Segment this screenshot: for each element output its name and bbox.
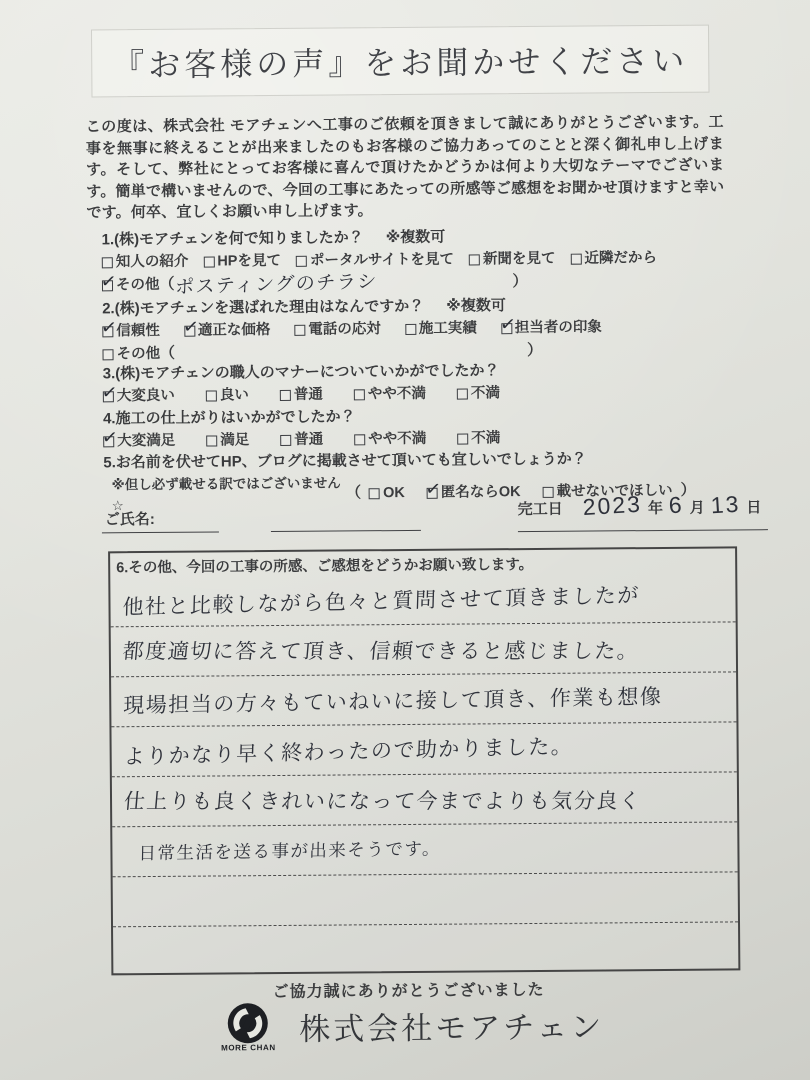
option-label: 適正な価格 (198, 319, 271, 342)
checkbox-option[interactable]: 施工実績 (405, 317, 477, 340)
checkbox[interactable] (203, 256, 214, 267)
checkbox[interactable] (427, 487, 438, 498)
option-label: 大変満足 (117, 430, 175, 452)
option-label: HPを見て (217, 250, 281, 272)
option-label: 新聞を見て (483, 248, 556, 271)
completion-date-label: 完工日 (518, 498, 563, 519)
checkbox[interactable] (294, 324, 305, 335)
checkbox[interactable] (369, 488, 380, 499)
checkbox[interactable] (354, 434, 365, 445)
company-name: 株式会社モアチェン (299, 1001, 604, 1048)
comments-box: 6.その他、今回の工事の所感、ご感想をどうかお願い致します。 他社と比較しながら… (108, 546, 740, 975)
multiple-allowed-note: ※複数可 (386, 229, 446, 246)
logo-caption: MORE CHAN (221, 1043, 276, 1052)
comment-line[interactable]: 仕上りも良くきれいになって今までよりも気分良く (112, 772, 737, 827)
option-label: 普通 (294, 384, 323, 406)
option-label: その他 (116, 274, 160, 296)
checkbox-option[interactable]: 普通 (280, 429, 323, 451)
option-label: やや不満 (368, 383, 426, 405)
option-label: やや不満 (368, 428, 426, 450)
checkbox-option[interactable]: 知人の紹介 (102, 251, 189, 274)
handwritten-month[interactable]: 6 (668, 491, 684, 519)
option-label: 大変良い (117, 385, 175, 407)
option-label: 信頼性 (116, 320, 160, 342)
checkbox[interactable] (354, 389, 365, 400)
checkbox-option[interactable]: 普通 (280, 384, 323, 406)
more-chan-logo-icon (226, 1001, 270, 1045)
checkbox[interactable] (405, 323, 416, 334)
checkbox[interactable] (501, 323, 512, 334)
checkbox-option[interactable]: やや不満 (354, 428, 426, 451)
day-unit: 日 (746, 496, 761, 517)
year-unit: 年 (648, 497, 663, 518)
form-title: 『お客様の声』をお聞かせください (112, 36, 688, 87)
checkbox[interactable] (457, 433, 468, 444)
more-chan-logo: MORE CHAN (213, 1001, 283, 1053)
option-label: 普通 (294, 429, 323, 451)
question-4: 4.施工の仕上がりはいかがでしたか？ 大変満足 満足 普通 やや不満 不満 (103, 403, 735, 452)
comment-line-empty[interactable] (113, 922, 738, 977)
checkbox[interactable] (570, 253, 581, 264)
question-1-other-row: その他 （ ポスティングのチラシ ） (102, 269, 734, 296)
checkbox[interactable] (102, 280, 113, 291)
option-label: 不満 (471, 382, 500, 404)
checkbox-option[interactable]: ポータルサイトを見て (296, 249, 454, 272)
checkbox[interactable] (206, 435, 217, 446)
checkbox-option[interactable]: 良い (206, 384, 249, 406)
checkbox[interactable] (103, 391, 114, 402)
checkbox-option[interactable]: HPを見て (203, 250, 281, 273)
option-label: 満足 (220, 429, 249, 451)
handwritten-day[interactable]: 13 (710, 491, 741, 520)
checkbox-option[interactable]: 不満 (457, 427, 500, 449)
comment-line[interactable]: 他社と比較しながら色々と質問させて頂きましたが (110, 572, 735, 627)
question-1: 1.(株)モアチェンを何で知りましたか？※複数可 知人の紹介 HPを見て ポータ… (102, 224, 735, 296)
checkbox-option[interactable]: 近隣だから (570, 247, 657, 270)
checkbox-option[interactable]: 大変良い (103, 385, 175, 408)
intro-paragraph: この度は、株式会社 モアチェンへ工事のご依頼を頂きまして誠にありがとうございます… (86, 111, 725, 224)
form-title-box: 『お客様の声』をお聞かせください (91, 25, 710, 98)
handwritten-other-answer (175, 347, 527, 357)
option-label: 電話の応対 (308, 318, 381, 341)
option-label: その他 (116, 343, 160, 365)
option-label: 良い (220, 384, 249, 406)
name-and-date-row: ご氏名: 完工日 2023 年 6 月 13 日 (104, 497, 736, 536)
comment-line[interactable]: よりかなり早く終わったので助かりました。 (111, 722, 736, 777)
checkbox-option[interactable]: 信頼性 (102, 320, 160, 342)
name-underline (271, 512, 421, 532)
checkbox[interactable] (102, 349, 113, 360)
checkbox-option[interactable]: 担当者の印象 (501, 316, 602, 339)
paren-close: ） (527, 340, 542, 362)
question-2: 2.(株)モアチェンを選ばれた理由はなんですか？※複数可 信頼性 適正な価格 電… (102, 293, 735, 365)
multiple-allowed-note: ※複数可 (446, 297, 506, 314)
comment-line[interactable]: 現場担当の方々もていねいに接して頂き、作業も想像 (111, 672, 736, 727)
checkbox[interactable] (296, 255, 307, 266)
option-label: ポータルサイトを見て (310, 249, 454, 272)
checkbox-option[interactable]: 大変満足 (103, 430, 175, 453)
paren-close: ） (512, 271, 527, 293)
option-label: 施工実績 (419, 317, 477, 339)
checkbox[interactable] (206, 390, 217, 401)
checkbox[interactable] (102, 326, 113, 337)
paper-sheet: 『お客様の声』をお聞かせください この度は、株式会社 モアチェンへ工事のご依頼を… (0, 0, 810, 1080)
checkbox-option[interactable]: 満足 (206, 429, 249, 451)
comment-line[interactable]: 日常生活を送る事が出来そうです。 (112, 822, 737, 877)
checkbox[interactable] (280, 389, 291, 400)
checkbox[interactable] (102, 257, 113, 268)
option-label: 近隣だから (584, 247, 657, 270)
comment-line[interactable]: 都度適切に答えて頂き、信頼できると感じました。 (111, 622, 736, 677)
name-underline (102, 513, 219, 533)
handwritten-year[interactable]: 2023 (582, 491, 643, 522)
checkbox-option-other[interactable]: その他 (102, 274, 160, 296)
checkbox[interactable] (184, 325, 195, 336)
checkbox[interactable] (103, 436, 114, 447)
company-row: MORE CHAN 株式会社モアチェン (4, 997, 810, 1054)
checkbox[interactable] (457, 388, 468, 399)
checkbox-option[interactable]: 不満 (457, 382, 500, 404)
checkbox-option[interactable]: 電話の応対 (294, 318, 381, 341)
completion-date-group: 完工日 2023 年 6 月 13 日 (518, 491, 768, 532)
paren-open: （ (159, 274, 174, 296)
customer-voice-form-photo: 『お客様の声』をお聞かせください この度は、株式会社 モアチェンへ工事のご依頼を… (0, 0, 810, 1080)
checkbox-option[interactable]: 適正な価格 (184, 319, 271, 342)
checkbox[interactable] (469, 254, 480, 265)
checkbox[interactable] (280, 434, 291, 445)
month-unit: 月 (690, 497, 705, 518)
paren-open: （ (160, 343, 175, 365)
option-label: 担当者の印象 (515, 316, 602, 339)
option-label: 不満 (471, 427, 500, 449)
option-label: 知人の紹介 (116, 251, 189, 274)
question-3: 3.(株)モアチェンの職人のマナーについていかがでしたか？ 大変良い 良い 普通… (103, 358, 735, 407)
comment-line-empty[interactable] (113, 872, 738, 927)
checkbox-option[interactable]: やや不満 (354, 383, 426, 406)
